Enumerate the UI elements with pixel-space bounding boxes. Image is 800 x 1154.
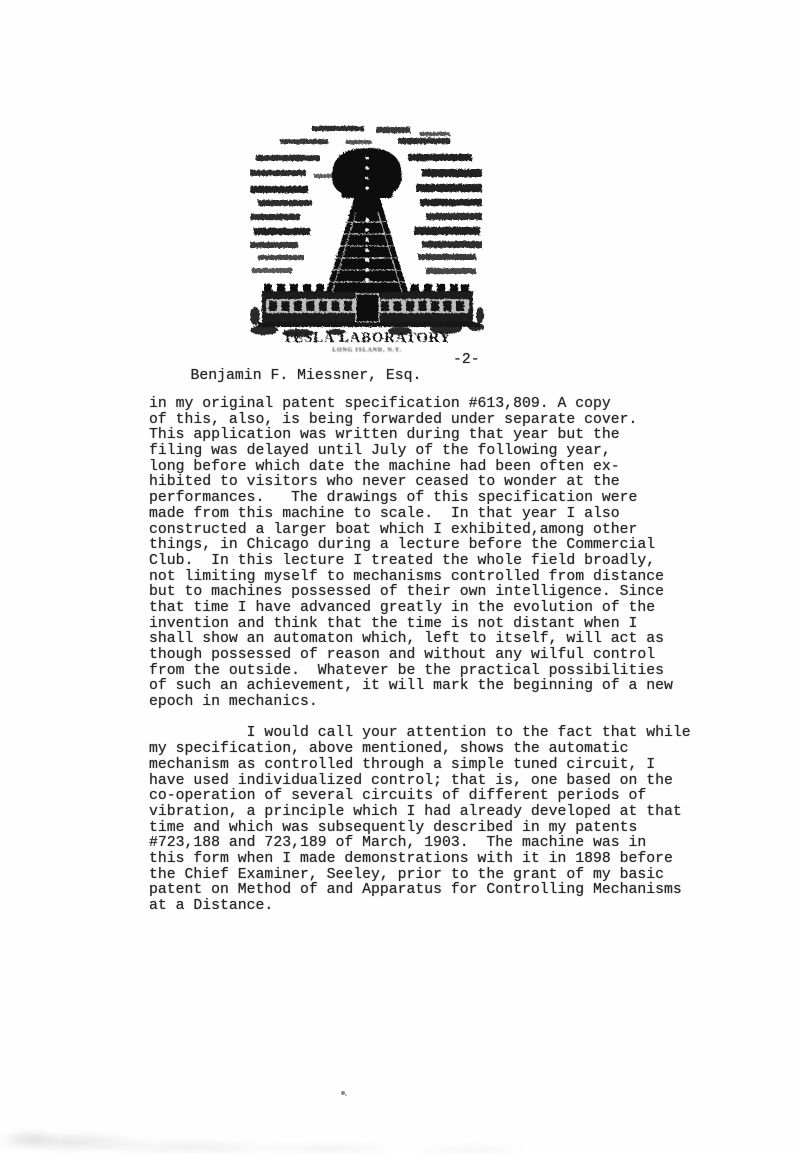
text-line: I would call your attention to the fact …	[149, 726, 729, 742]
text-line: filing was delayed until July of the fol…	[149, 444, 729, 460]
text-line: this form when I made demonstrations wit…	[149, 852, 729, 868]
illustration-captions: TESLA LABORATORY LONG ISLAND, N.Y.	[283, 330, 451, 354]
text-line: have used individualized control; that i…	[149, 774, 729, 790]
text-line: vibration, a principle which I had alrea…	[149, 805, 729, 821]
text-line: hibited to visitors who never ceased to …	[149, 475, 729, 491]
text-line: things, in Chicago during a lecture befo…	[149, 538, 729, 554]
scan-smudge	[0, 1118, 640, 1154]
paragraph-2: I would call your attention to the fact …	[149, 726, 729, 914]
scan-speck	[341, 1091, 345, 1095]
paragraph-1: in my original patent specification #613…	[149, 397, 729, 711]
letter-header-line: Benjamin F. Miessner, Esq. -2-	[155, 352, 715, 370]
text-line: shall show an automaton which, left to i…	[149, 632, 729, 648]
text-line: of such an achievement, it will mark the…	[149, 679, 729, 695]
text-line: This application was written during that…	[149, 428, 729, 444]
page-number: -2-	[453, 352, 480, 368]
text-line: though possessed of reason and without a…	[149, 648, 729, 664]
text-line: not limiting myself to mechanisms contro…	[149, 570, 729, 586]
text-line: constructed a larger boat which I exhibi…	[149, 523, 729, 539]
text-line: that time I have advanced greatly in the…	[149, 601, 729, 617]
text-line: at a Distance.	[149, 899, 729, 915]
recipient-name: Benjamin F. Miessner, Esq.	[191, 368, 422, 384]
text-line: my specification, above mentioned, shows…	[149, 742, 729, 758]
scanned-letter-page: TESLA LABORATORY LONG ISLAND, N.Y. Benja…	[0, 0, 800, 1154]
text-line: #723,188 and 723,189 of March, 1903. The…	[149, 836, 729, 852]
text-line: Club. In this lecture I treated the whol…	[149, 554, 729, 570]
text-line: performances. The drawings of this speci…	[149, 491, 729, 507]
text-line: invention and think that the time is not…	[149, 617, 729, 633]
tesla-tower-illustration: TESLA LABORATORY LONG ISLAND, N.Y.	[250, 124, 485, 356]
text-line: time and which was subsequently describe…	[149, 821, 729, 837]
illustration-caption: TESLA LABORATORY	[283, 330, 451, 346]
text-line: patent on Method of and Apparatus for Co…	[149, 883, 729, 899]
text-line: co-operation of several circuits of diff…	[149, 789, 729, 805]
text-line: epoch in mechanics.	[149, 695, 729, 711]
text-line: made from this machine to scale. In that…	[149, 507, 729, 523]
engraving-art	[250, 126, 484, 337]
text-line: in my original patent specification #613…	[149, 397, 729, 413]
tesla-tower-engraving-svg: TESLA LABORATORY LONG ISLAND, N.Y.	[250, 124, 485, 356]
text-line: the Chief Examiner, Seeley, prior to the…	[149, 868, 729, 884]
text-line: but to machines possessed of their own i…	[149, 585, 729, 601]
letter-body: in my original patent specification #613…	[149, 397, 729, 915]
text-line: mechanism as controlled through a simple…	[149, 758, 729, 774]
